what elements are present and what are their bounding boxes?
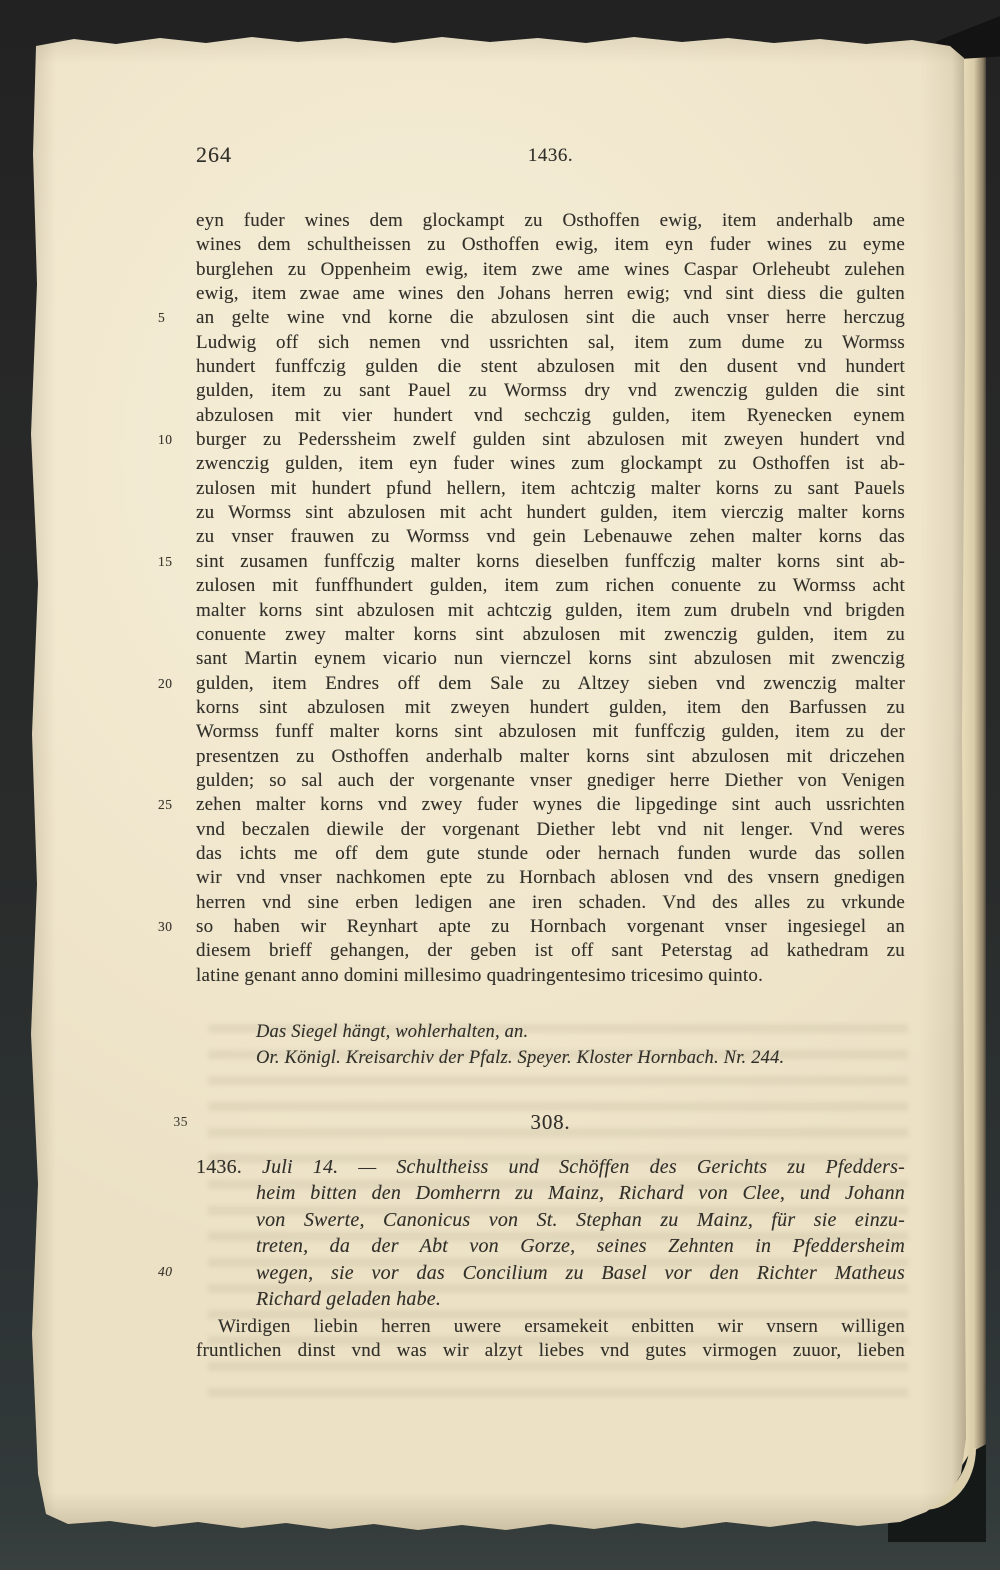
margin-line-number: 40 (158, 1263, 188, 1281)
archival-note: Das Siegel hängt, wohlerhalten, an. Or. … (256, 1020, 916, 1071)
summary-line: Richard geladen habe. (196, 1286, 905, 1312)
margin-line-number: 15 (158, 553, 188, 571)
text-line: wines dem schultheissen zu Osthoffen ewi… (196, 233, 905, 257)
text-line: zwenczig gulden, item eyn fuder wines zu… (196, 452, 905, 476)
margin-line-number: 10 (158, 431, 188, 449)
entry-body-text: Wirdigen liebin herren uwere ersamekeit … (196, 1315, 905, 1364)
text-line: 10burger zu Pederssheim zwelf gulden sin… (196, 428, 905, 452)
text-line: das ichts me off dem gute stunde oder he… (196, 842, 905, 866)
text-line: fruntlichen dinst vnd was wir alzyt lieb… (196, 1339, 905, 1363)
book-page: 264 1436. eyn fuder wines dem glockampt … (28, 34, 966, 1532)
text-line: Wirdigen liebin herren uwere ersamekeit … (196, 1315, 905, 1339)
text-line: zulosen mit funffhundert gulden, item zu… (196, 574, 905, 598)
running-head-year: 1436. (196, 145, 905, 167)
text-line: zulosen mit hundert pfund hellern, item … (196, 477, 905, 501)
text-line: korns sint abzulosen mit zweyen hundert … (196, 696, 905, 720)
text-line: zu Wormss sint abzulosen mit acht hunder… (196, 501, 905, 525)
page-header: 264 1436. (196, 142, 905, 174)
text-line: wir vnd vnser nachkomen epte zu Hornbach… (196, 866, 905, 890)
text-line: 5an gelte wine vnd korne die abzulosen s… (196, 306, 905, 330)
entry-year: 1436. (196, 1156, 242, 1178)
text-line: vnd beczalen diewile der vorgenant Dieth… (196, 818, 905, 842)
summary-line: heim bitten den Domherrn zu Mainz, Richa… (196, 1180, 905, 1206)
text-line: hundert funffczig gulden die stent abzul… (196, 355, 905, 379)
text-line: conuente zwey malter korns sint abzulose… (196, 623, 905, 647)
margin-line-number: 30 (158, 918, 188, 936)
entry-heading: 35 308. (196, 1110, 905, 1138)
entry-number: 308. (531, 1110, 571, 1134)
text-line: diesem brieff gehangen, der geben ist of… (196, 939, 905, 963)
summary-line: 40wegen, sie vor das Concilium zu Basel … (196, 1260, 905, 1286)
text-line: 30so haben wir Reynhart apte zu Hornbach… (196, 915, 905, 939)
margin-line-number: 5 (158, 309, 188, 327)
margin-line-number: 20 (158, 675, 188, 693)
note-line-seal: Das Siegel hängt, wohlerhalten, an. (256, 1020, 916, 1046)
text-line: 20gulden, item Endres off dem Sale zu Al… (196, 672, 905, 696)
summary-line: 1436. Juli 14. — Schultheiss und Schöffe… (196, 1154, 905, 1180)
text-line: zu vnser frauwen zu Wormss vnd gein Lebe… (196, 525, 905, 549)
text-line: presentzen zu Osthoffen anderhalb malter… (196, 745, 905, 769)
text-line: herren vnd sine erben ledigen ane iren s… (196, 891, 905, 915)
entry-text-block: eyn fuder wines dem glockampt zu Osthoff… (196, 209, 905, 988)
text-line: eyn fuder wines dem glockampt zu Osthoff… (196, 209, 905, 233)
margin-line-number: 35 (158, 1113, 188, 1131)
text-line: 25zehen malter korns vnd zwey fuder wyne… (196, 793, 905, 817)
text-line: ewig, item zwae ame wines den Johans her… (196, 282, 905, 306)
text-line: 15sint zusamen funffczig malter korns di… (196, 550, 905, 574)
text-line: latine genant anno domini millesimo quad… (196, 964, 905, 988)
margin-line-number: 25 (158, 796, 188, 814)
scanned-book-photo: 264 1436. eyn fuder wines dem glockampt … (0, 0, 1000, 1570)
text-line: gulden, item zu sant Pauel zu Wormss dry… (196, 379, 905, 403)
text-line: abzulosen mit vier hundert vnd sechczig … (196, 404, 905, 428)
summary-line: von Swerte, Canonicus von St. Stephan zu… (196, 1207, 905, 1233)
text-line: burglehen zu Oppenheim ewig, item zwe am… (196, 258, 905, 282)
summary-line: treten, da der Abt von Gorze, seines Zeh… (196, 1233, 905, 1259)
text-line: gulden; so sal auch der vorgenante vnser… (196, 769, 905, 793)
note-line-source: Or. Königl. Kreisarchiv der Pfalz. Speye… (256, 1046, 916, 1072)
text-line: Ludwig off sich nemen vnd ussrichten sal… (196, 331, 905, 355)
text-line: sant Martin eynem vicario nun viernczel … (196, 647, 905, 671)
text-line: Wormss funff malter korns sint abzulosen… (196, 720, 905, 744)
text-line: malter korns sint abzulosen mit achtczig… (196, 599, 905, 623)
entry-summary: 1436. Juli 14. — Schultheiss und Schöffe… (196, 1154, 905, 1312)
